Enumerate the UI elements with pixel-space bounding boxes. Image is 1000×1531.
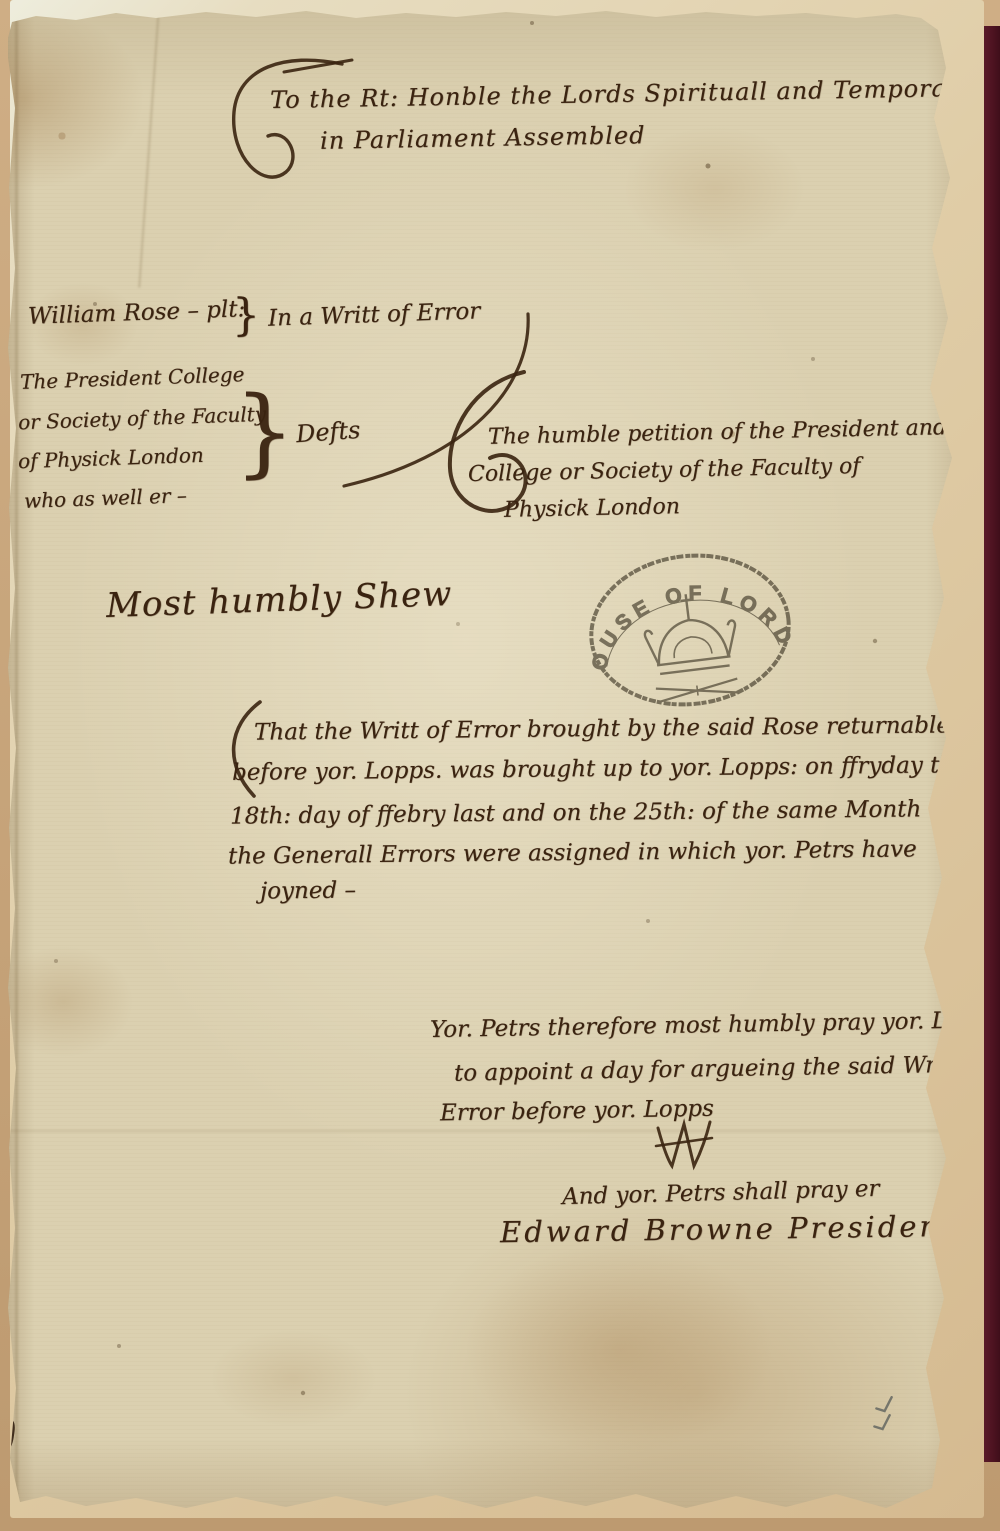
house-of-lords-stamp: HOUSE OF LORDS — [574, 536, 806, 725]
prayer-end-flourish — [654, 1116, 714, 1172]
body-line: the Generall Errors were assigned in whi… — [228, 836, 917, 869]
foxing-specks — [6, 8, 8, 10]
binding-edge — [984, 26, 1000, 1462]
pencil-check-marks — [868, 1396, 902, 1440]
signature: Edward Browne President. — [500, 1209, 968, 1250]
petition-title-line: Physick London — [504, 494, 680, 523]
defendant-line: who as well er – — [24, 483, 188, 513]
fold-crease-horizontal — [6, 1130, 964, 1132]
defendant-label: Defts — [295, 416, 361, 448]
body-line: joyned – — [260, 877, 356, 904]
case-type: In a Writt of Error — [268, 298, 481, 331]
spine-crease — [15, 8, 18, 1514]
fold-crease-top — [138, 8, 160, 287]
calligraphic-flourish — [224, 50, 354, 200]
defendant-line: of Physick London — [18, 443, 204, 473]
heading-line-1: To the Rt: Honble the Lords Spirituall a… — [270, 74, 965, 114]
prayer-line: Yor. Petrs therefore most humbly pray yo… — [430, 1007, 1000, 1043]
defendant-line: The President College — [20, 362, 245, 394]
defendant-line: or Society of the Faculty — [18, 402, 267, 435]
body-line: That the Writt of Error brought by the s… — [254, 712, 950, 745]
ink-blot — [1, 1419, 16, 1450]
petition-title-line: The humble petition of the President and — [488, 415, 947, 450]
heading-line-2: in Parliament Assembled — [320, 121, 646, 155]
prayer-line: Error before yor. Lopps — [440, 1096, 714, 1127]
salutation: Most humbly Shew — [105, 574, 452, 626]
party-brace: } — [232, 290, 260, 341]
body-line: 18th: day of ffebry last and on the 25th… — [230, 796, 921, 829]
manuscript-page: To the Rt: Honble the Lords Spirituall a… — [6, 8, 964, 1514]
closing-line: And yor. Petrs shall pray er — [562, 1176, 880, 1210]
manuscript-scan: To the Rt: Honble the Lords Spirituall a… — [0, 0, 1000, 1531]
defendant-brace: } — [234, 376, 295, 488]
petition-title-line: College or Society of the Faculty of — [468, 454, 861, 487]
prayer-line: to appoint a day for argueing the said W… — [454, 1051, 992, 1086]
body-line: before yor. Lopps. was brought up to yor… — [232, 752, 968, 786]
plaintiff-name: William Rose – plt: — [28, 296, 246, 330]
